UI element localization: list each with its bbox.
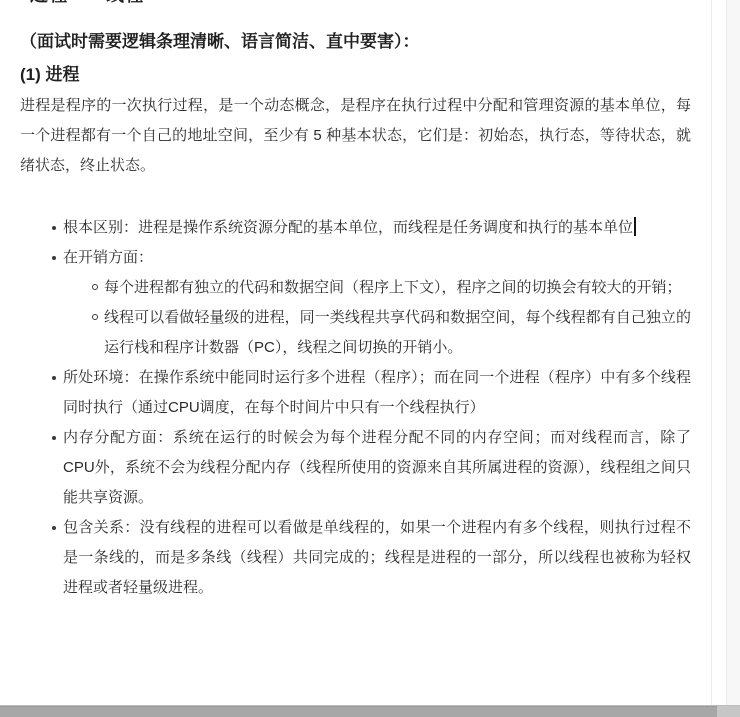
bullet-dot-icon — [45, 213, 63, 230]
bullet-circle-icon — [86, 273, 104, 290]
text-cursor — [634, 217, 636, 236]
list-item-text: 线程可以看做轻量级的进程，同一类线程共享代码和数据空间，每个线程都有自己独立的运… — [104, 303, 691, 363]
horizontal-scrollbar-track[interactable] — [0, 705, 740, 717]
list-item[interactable]: 所处环境：在操作系统中能同时运行多个进程（程序）；而在同一个进程（程序）中有多个… — [20, 363, 691, 423]
list-item[interactable]: 根本区别：进程是操作系统资源分配的基本单位，而线程是任务调度和执行的基本单位 — [20, 213, 691, 243]
clipped-heading-container: 进程——线程 — [30, 0, 691, 8]
process-intro-paragraph[interactable]: 进程是程序的一次执行过程，是一个动态概念，是程序在执行过程中分配和管理资源的基本… — [20, 91, 691, 181]
list-item-text: 所处环境：在操作系统中能同时运行多个进程（程序）；而在同一个进程（程序）中有多个… — [63, 363, 691, 423]
vertical-scrollbar-track[interactable] — [713, 0, 727, 705]
bullet-dot-icon — [45, 513, 63, 530]
list-item-text: 每个进程都有独立的代码和数据空间（程序上下文），程序之间的切换会有较大的开销； — [104, 273, 691, 303]
list-item[interactable]: 线程可以看做轻量级的进程，同一类线程共享代码和数据空间，每个线程都有自己独立的运… — [20, 303, 691, 363]
bullet-dot-icon — [45, 243, 63, 260]
clipped-section-title[interactable]: 进程——线程 — [30, 0, 691, 7]
horizontal-scrollbar-thumb[interactable] — [0, 706, 717, 717]
list-item-text: 在开销方面： — [63, 243, 691, 273]
list-item[interactable]: 内存分配方面：系统在运行的时候会为每个进程分配不同的内存空间；而对线程而言，除了… — [20, 423, 691, 513]
bullet-dot-icon — [45, 363, 63, 380]
list-item[interactable]: 每个进程都有独立的代码和数据空间（程序上下文），程序之间的切换会有较大的开销； — [20, 273, 691, 303]
note-editor-window: 进程——线程 （面试时需要逻辑条理清晰、语言简洁、直中要害）： (1) 进程 进… — [0, 0, 740, 717]
list-item-text: 包含关系：没有线程的进程可以看做是单线程的，如果一个进程内有多个线程，则执行过程… — [63, 513, 691, 603]
bullet-dot-icon — [45, 423, 63, 440]
bullet-circle-icon — [86, 303, 104, 320]
list-item[interactable]: 包含关系：没有线程的进程可以看做是单线程的，如果一个进程内有多个线程，则执行过程… — [20, 513, 691, 603]
list-item-text: 根本区别：进程是操作系统资源分配的基本单位，而线程是任务调度和执行的基本单位 — [63, 213, 691, 243]
right-edge-panel — [726, 0, 740, 705]
interview-tip-heading[interactable]: （面试时需要逻辑条理清晰、语言简洁、直中要害）： — [20, 28, 691, 55]
list-item[interactable]: 在开销方面： — [20, 243, 691, 273]
document-editor-area[interactable]: 进程——线程 （面试时需要逻辑条理清晰、语言简洁、直中要害）： (1) 进程 进… — [0, 0, 712, 705]
section-heading-process[interactable]: (1) 进程 — [20, 62, 691, 88]
difference-bullet-list: 根本区别：进程是操作系统资源分配的基本单位，而线程是任务调度和执行的基本单位在开… — [20, 213, 691, 603]
list-item-text: 内存分配方面：系统在运行的时候会为每个进程分配不同的内存空间；而对线程而言，除了… — [63, 423, 691, 513]
